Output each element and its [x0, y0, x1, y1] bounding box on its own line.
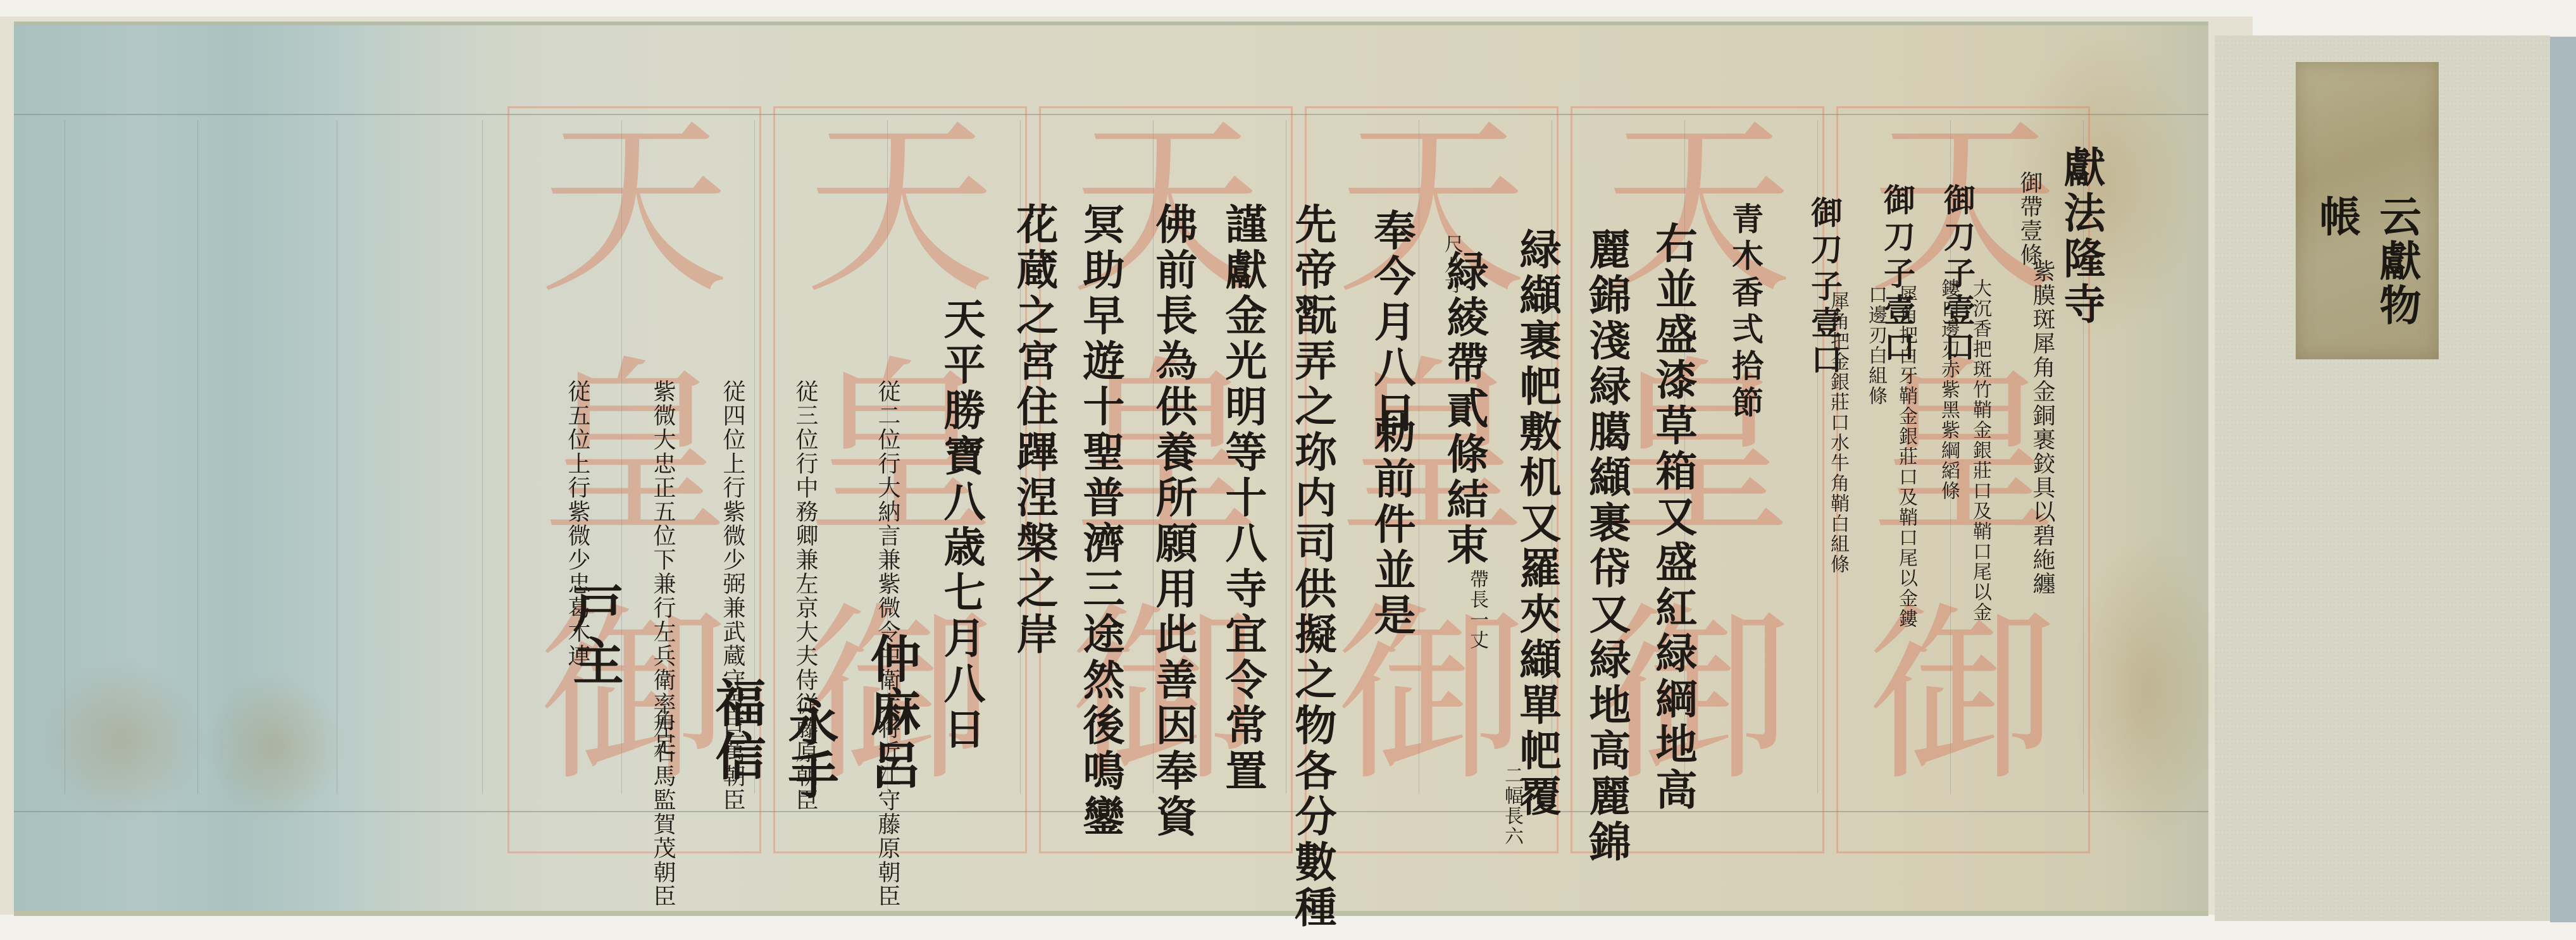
label-slip-text: 云獻物帳	[2307, 195, 2427, 359]
annotation: 尺八寸	[1438, 234, 1465, 295]
title-label-slip: 云獻物帳	[2296, 62, 2439, 359]
official-signature: 永手	[773, 696, 846, 802]
text-column: 先帝翫弄之珎内司供擬之物各分數種	[1283, 202, 1343, 931]
ruled-column-line	[337, 120, 337, 794]
seal-glyph: 御	[1838, 602, 2088, 791]
official-title: 紫微大忠正五位下兼行左兵衛率左右馬監賀茂朝臣	[647, 380, 679, 908]
item-description: 犀角把金銀莊口水牛角鞘白組條	[1824, 291, 1851, 574]
text-column: 花蔵之宮住蹕涅槃之岸	[1004, 202, 1064, 658]
stain	[2070, 531, 2222, 848]
seal-glyph: 天	[775, 114, 1025, 304]
ruled-column-line	[197, 120, 198, 794]
text-column: 謹獻金光明等十八寺宜令常置	[1213, 202, 1273, 795]
stain	[39, 658, 204, 822]
text-column: 緑綾帶貳條結束	[1434, 250, 1495, 569]
date-column: 天平勝寶八歳七月八日	[931, 297, 992, 753]
text-column: 冥助早遊十聖普濟三途然後鳴鑾	[1071, 202, 1131, 840]
ruled-column-line	[482, 120, 483, 794]
item-description: 紫膜斑犀角金銅裹鉸具以碧絁纏	[2026, 259, 2058, 596]
annotation: 帶長一丈	[1463, 569, 1491, 650]
seal-glyph: 天	[509, 114, 759, 304]
title-column: 獻法隆寺	[2051, 145, 2112, 328]
item-description: 口邊刃白組條	[1862, 285, 1889, 406]
item-description: 犀角把白牙鞘金銀莊口及鞘口尾以金鏤	[1892, 285, 1920, 629]
text-column: 右並盛漆草箱又盛紅緑綱地高	[1643, 221, 1703, 813]
official-signature: 角足	[647, 708, 679, 757]
item-description: 大沉香把斑竹鞘金銀莊口及鞘口尾以金	[1966, 278, 1994, 622]
mounting-blue-edge	[2550, 37, 2576, 922]
text-column: 佛前長為供養所願用此善因奉資	[1143, 202, 1204, 840]
official-signature: 福信	[700, 677, 773, 783]
date-column: 奉今月八日	[1362, 209, 1422, 436]
item-heading: 青木香弍拾節	[1722, 202, 1768, 423]
ruled-column-line	[65, 120, 65, 794]
item-description: 鏤口邊刃赤紫黑紫綱縚條	[1934, 278, 1962, 501]
official-signature: 仲麻呂	[856, 633, 928, 792]
official-signature: 戸主	[558, 582, 631, 688]
document-sheet: 天 皇 御 天 皇 御 天 皇 御 天 皇 御 天 皇 御 天 皇 御 獻法隆寺…	[14, 22, 2208, 916]
text-column: 緑纈裹帊敷机又羅夾纈單帊覆	[1507, 228, 1567, 820]
annotation: 二幅長六	[1498, 765, 1526, 846]
item-heading: 御帶壹條	[2013, 171, 2046, 267]
edict-column: 勅前件並是	[1362, 411, 1422, 639]
stain	[204, 671, 343, 822]
text-column: 麗錦淺緑臈纈裹帒又緑地高麗錦	[1577, 228, 1637, 865]
